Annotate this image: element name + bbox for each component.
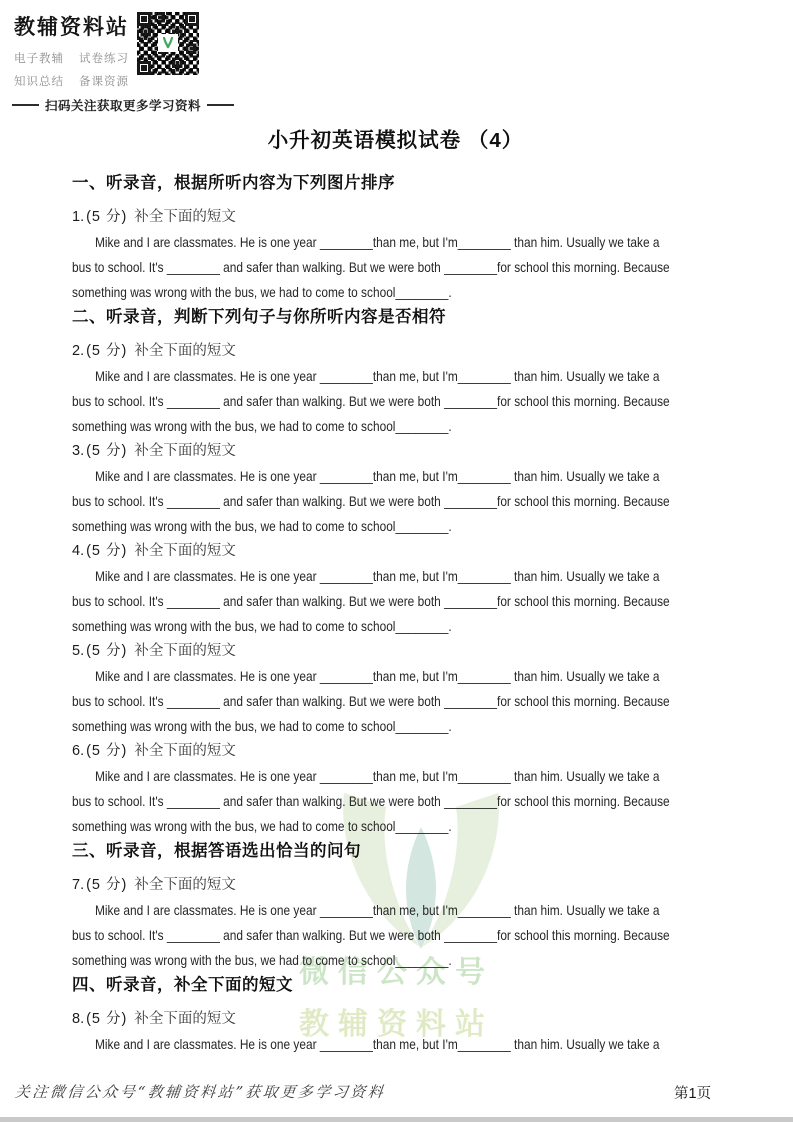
section-heading-2: 二、听录音，判断下列句子与你所听内容是否相符 xyxy=(72,305,719,330)
question-score: (5 分) xyxy=(86,343,127,359)
section-heading-1: 一、听录音，根据所听内容为下列图片排序 xyxy=(72,171,719,196)
question-task: 补全下面的短文 xyxy=(134,1011,236,1027)
brand-feature-tags: 电子教辅 试卷练习 知识总结 备课资源 xyxy=(14,50,129,89)
feature-tag: 备课资源 xyxy=(79,73,129,89)
question-label-8: 8.(5 分)补全下面的短文 xyxy=(72,1007,719,1032)
brand-logo-text: 教辅资料站 xyxy=(14,14,129,40)
feature-tag: 电子教辅 xyxy=(14,50,64,66)
question-number: 1. xyxy=(72,209,84,225)
passage-line: bus to school. It's ________ and safer t… xyxy=(72,489,622,514)
passage-line: bus to school. It's ________ and safer t… xyxy=(72,689,622,714)
dash-line xyxy=(12,104,39,106)
passage-line: Mike and I are classmates. He is one yea… xyxy=(95,664,625,689)
question-label-5: 5.(5 分)补全下面的短文 xyxy=(72,639,719,664)
question-label-3: 3.(5 分)补全下面的短文 xyxy=(72,439,719,464)
question-number: 5. xyxy=(72,643,84,659)
question-task: 补全下面的短文 xyxy=(134,209,236,225)
passage-line: something was wrong with the bus, we had… xyxy=(72,514,622,539)
passage-line: something was wrong with the bus, we had… xyxy=(72,414,622,439)
qr-caption: 扫码关注获取更多学习资料 xyxy=(12,96,229,114)
passage-line: Mike and I are classmates. He is one yea… xyxy=(95,898,625,923)
question-score: (5 分) xyxy=(86,543,127,559)
page-title: 小升初英语模拟试卷 （4） xyxy=(72,127,719,155)
passage-line: something was wrong with the bus, we had… xyxy=(72,614,622,639)
leaf-v-icon xyxy=(161,37,175,49)
question-number: 2. xyxy=(72,343,84,359)
qr-code xyxy=(137,12,199,75)
qr-finder-icon xyxy=(137,61,151,75)
question-label-4: 4.(5 分)补全下面的短文 xyxy=(72,539,719,564)
question-score: (5 分) xyxy=(86,209,127,225)
qr-center-logo xyxy=(158,34,178,52)
page-bottom-edge xyxy=(0,1117,793,1122)
question-label-2: 2.(5 分)补全下面的短文 xyxy=(72,339,719,364)
question-number: 7. xyxy=(72,877,84,893)
footer-note: 关注微信公众号“教辅资料站”获取更多学习资料 xyxy=(14,1081,387,1102)
passage-line: Mike and I are classmates. He is one yea… xyxy=(95,464,625,489)
passage-line: Mike and I are classmates. He is one yea… xyxy=(95,564,625,589)
question-number: 3. xyxy=(72,443,84,459)
passage-line: Mike and I are classmates. He is one yea… xyxy=(95,764,625,789)
dash-line xyxy=(207,104,234,106)
passage-line: bus to school. It's ________ and safer t… xyxy=(72,389,622,414)
question-score: (5 分) xyxy=(86,443,127,459)
question-label-7: 7.(5 分)补全下面的短文 xyxy=(72,873,719,898)
passage-line: something was wrong with the bus, we had… xyxy=(72,948,622,973)
section-heading-4: 四、听录音，补全下面的短文 xyxy=(72,973,719,998)
passage-line: something was wrong with the bus, we had… xyxy=(72,814,622,839)
passage-line: bus to school. It's ________ and safer t… xyxy=(72,589,622,614)
feature-tag: 知识总结 xyxy=(14,73,64,89)
question-task: 补全下面的短文 xyxy=(134,443,236,459)
question-score: (5 分) xyxy=(86,877,127,893)
qr-finder-icon xyxy=(185,12,199,26)
qr-finder-icon xyxy=(137,12,151,26)
question-task: 补全下面的短文 xyxy=(134,877,236,893)
feature-tag: 试卷练习 xyxy=(79,50,129,66)
question-task: 补全下面的短文 xyxy=(134,543,236,559)
question-label-1: 1.(5 分)补全下面的短文 xyxy=(72,205,719,230)
brand-header: 教辅资料站 电子教辅 试卷练习 知识总结 备课资源 xyxy=(0,0,229,114)
exam-paper-page: 微信公众号 教辅资料站 教辅资料站 电子教辅 试卷练习 知识总结 备课资源 xyxy=(0,0,793,1122)
passage-line: Mike and I are classmates. He is one yea… xyxy=(95,230,625,255)
question-number: 6. xyxy=(72,743,84,759)
passage-line: bus to school. It's ________ and safer t… xyxy=(72,923,622,948)
question-task: 补全下面的短文 xyxy=(134,743,236,759)
section-heading-3: 三、听录音，根据答语选出恰当的问句 xyxy=(72,839,719,864)
question-number: 4. xyxy=(72,543,84,559)
passage-line: something was wrong with the bus, we had… xyxy=(72,280,622,305)
qr-caption-text: 扫码关注获取更多学习资料 xyxy=(45,96,201,114)
question-number: 8. xyxy=(72,1011,84,1027)
page-number: 第1页 xyxy=(674,1082,711,1103)
passage-line: Mike and I are classmates. He is one yea… xyxy=(95,1032,625,1057)
question-task: 补全下面的短文 xyxy=(134,343,236,359)
passage-line: something was wrong with the bus, we had… xyxy=(72,714,622,739)
question-label-6: 6.(5 分)补全下面的短文 xyxy=(72,739,719,764)
exam-content: 小升初英语模拟试卷 （4） 一、听录音，根据所听内容为下列图片排序 1.(5 分… xyxy=(0,127,793,1057)
question-score: (5 分) xyxy=(86,743,127,759)
question-task: 补全下面的短文 xyxy=(134,643,236,659)
passage-line: Mike and I are classmates. He is one yea… xyxy=(95,364,625,389)
passage-line: bus to school. It's ________ and safer t… xyxy=(72,789,622,814)
question-score: (5 分) xyxy=(86,643,127,659)
passage-line: bus to school. It's ________ and safer t… xyxy=(72,255,622,280)
question-score: (5 分) xyxy=(86,1011,127,1027)
